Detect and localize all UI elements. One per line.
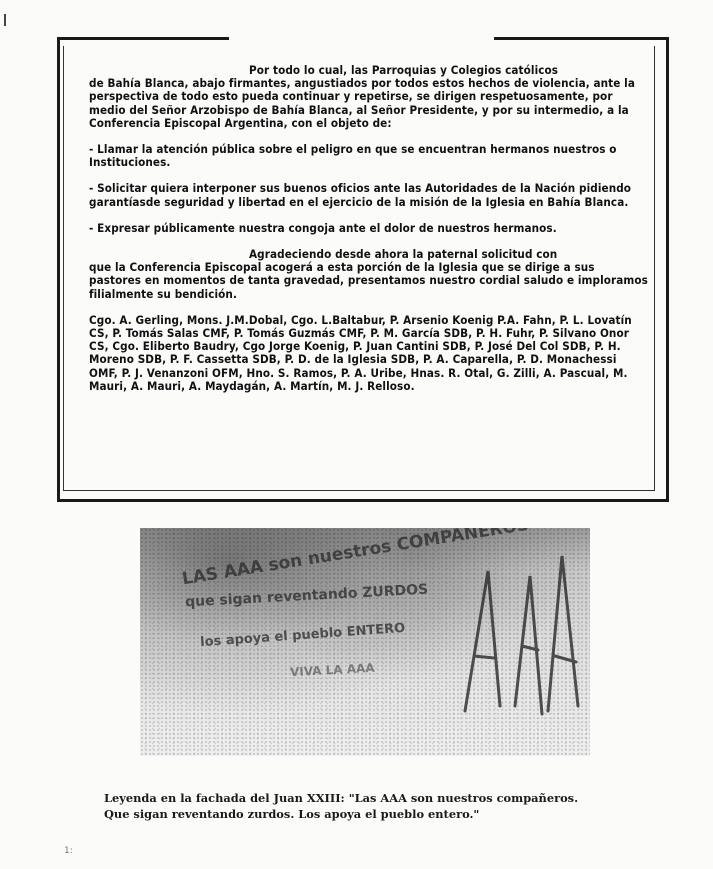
graffiti-line-4: VIVA LA AAA [290, 661, 375, 679]
signatories: Cgo. A. Gerling, Mons. J.M.Dobal, Cgo. L… [89, 314, 649, 393]
closing-rest: que la Conferencia Episcopal acogerá a e… [89, 260, 648, 300]
intro-paragraph: Por todo lo cual, las Parroquias y Coleg… [89, 64, 649, 130]
objective-2: - Solicitar quiera interponer sus buenos… [89, 182, 649, 208]
graffiti-line-2: que sigan reventando ZURDOS [185, 582, 429, 611]
letter-body: Por todo lo cual, las Parroquias y Coleg… [89, 64, 649, 406]
objective-3: - Expresar públicamente nuestra congoja … [89, 222, 649, 235]
closing-paragraph: Agradeciendo desde ahora la paternal sol… [89, 248, 649, 301]
caption-line-1: Leyenda en la fachada del Juan XXIII: "L… [104, 790, 624, 806]
photo-caption: Leyenda en la fachada del Juan XXIII: "L… [104, 790, 624, 822]
caption-line-2: Que sigan reventando zurdos. Los apoya e… [104, 806, 624, 822]
objective-1: - Llamar la atención pública sobre el pe… [89, 143, 649, 169]
graffiti-line-3: los apoya el pueblo ENTERO [200, 621, 406, 650]
page-number: 1: [64, 846, 73, 856]
intro-rest: de Bahía Blanca, abajo firmantes, angust… [89, 76, 635, 130]
aaa-graffiti-letters [460, 546, 585, 716]
scan-mark [4, 14, 6, 26]
graffiti-photo: LAS AAA son nuestros COMPAÑEROS que siga… [140, 528, 590, 756]
